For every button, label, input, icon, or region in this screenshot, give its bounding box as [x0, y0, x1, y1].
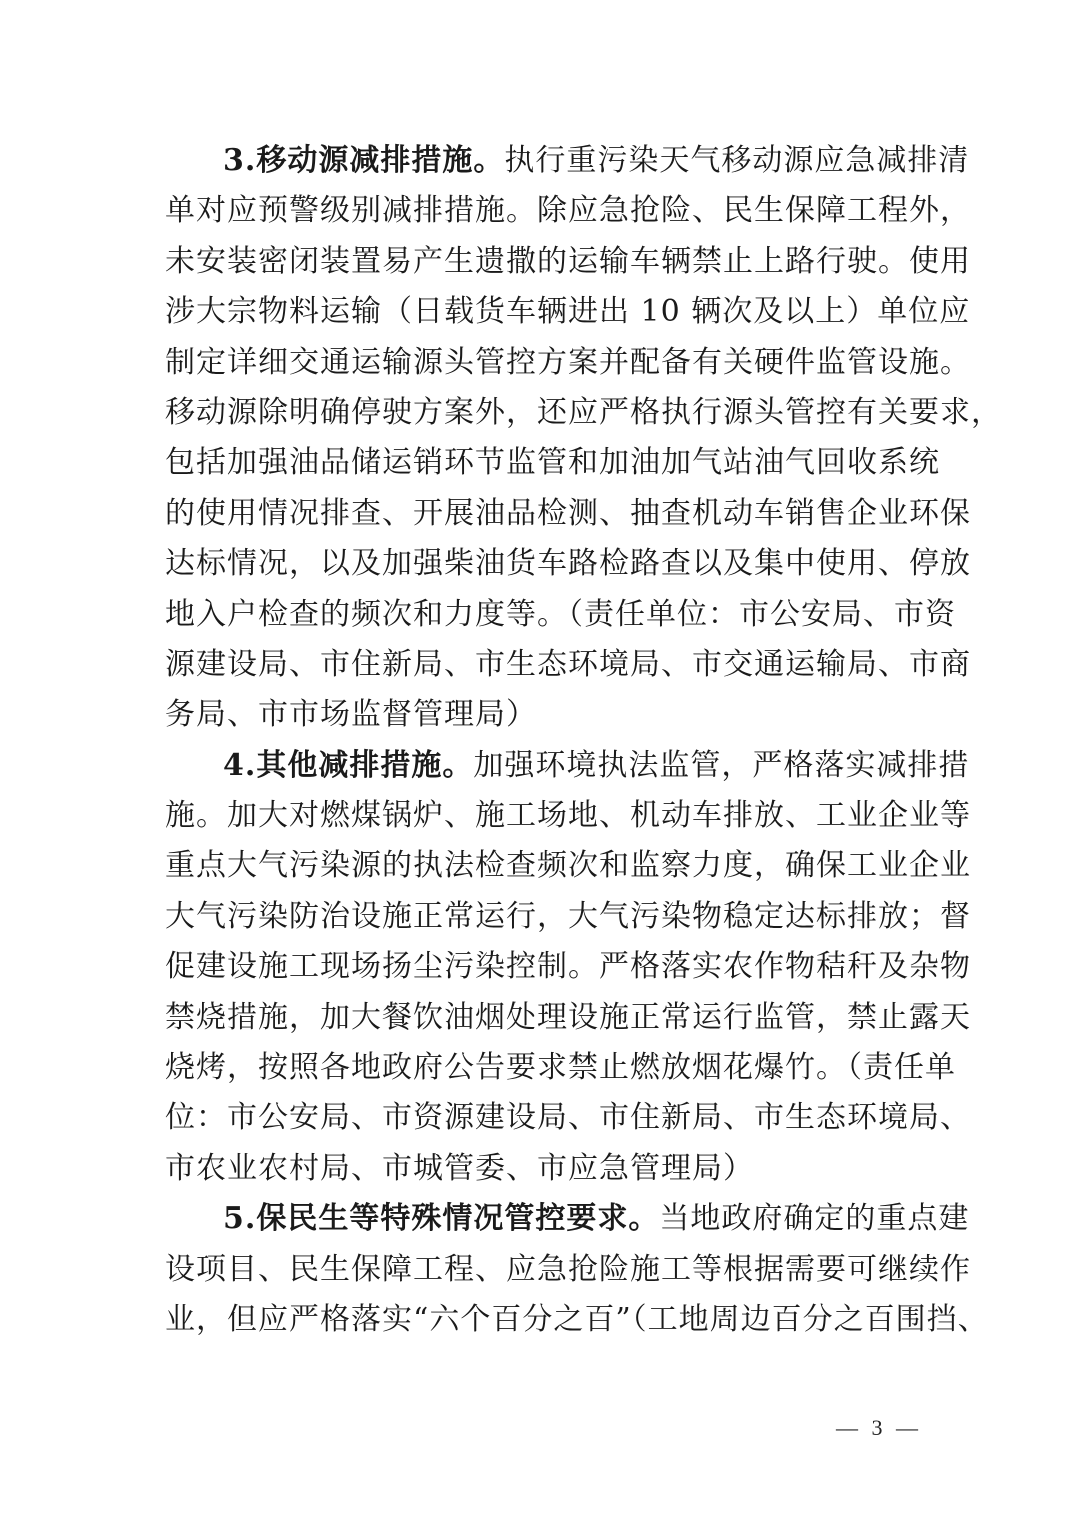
paragraph-line: 大气污染防治设施正常运行，大气污染物稳定达标排放；督	[165, 892, 910, 942]
paragraph-line: 达标情况，以及加强柴油货车路检路查以及集中使用、停放	[165, 539, 910, 589]
paragraph-line: 的使用情况排查、开展油品检测、抽查机动车销售企业环保	[165, 489, 910, 539]
paragraph-line: 未安装密闭装置易产生遗撒的运输车辆禁止上路行驶。使用	[165, 237, 910, 287]
paragraph-line: 促建设施工现场扬尘污染控制。严格落实农作物秸秆及杂物	[165, 942, 910, 992]
paragraph-line: 设项目、民生保障工程、应急抢险施工等根据需要可继续作	[165, 1245, 910, 1295]
paragraph-line: 施。加大对燃煤锅炉、施工场地、机动车排放、工业企业等	[165, 791, 910, 841]
paragraph-line: 涉大宗物料运输（日载货车辆进出 10 辆次及以上）单位应	[165, 287, 910, 337]
text-span: 执行重污染天气移动源应急减排清	[504, 143, 969, 178]
paragraph-line: 位：市公安局、市资源建设局、市住新局、市生态环境局、	[165, 1093, 910, 1143]
paragraph-3-line-1: 3.移动源减排措施。执行重污染天气移动源应急减排清	[165, 136, 910, 186]
paragraph-line: 包括加强油品储运销环节监管和加油加气站油气回收系统	[165, 438, 910, 488]
paragraph-line: 业，但应严格落实“六个百分之百”（工地周边百分之百围挡、	[165, 1295, 910, 1345]
section-heading-4: 4.其他减排措施。	[223, 748, 473, 783]
page-number: — 3 —	[836, 1415, 922, 1441]
paragraph-line: 移动源除明确停驶方案外，还应严格执行源头管控有关要求，	[165, 388, 910, 438]
document-body: 3.移动源减排措施。执行重污染天气移动源应急减排清 单对应预警级别减排措施。除应…	[165, 136, 910, 1345]
paragraph-5-line-1: 5.保民生等特殊情况管控要求。当地政府确定的重点建	[165, 1194, 910, 1244]
section-heading-3: 3.移动源减排措施。	[223, 143, 504, 178]
paragraph-line: 单对应预警级别减排措施。除应急抢险、民生保障工程外，	[165, 186, 910, 236]
paragraph-line: 市农业农村局、市城管委、市应急管理局）	[165, 1144, 910, 1194]
paragraph-line: 重点大气污染源的执法检查频次和监察力度，确保工业企业	[165, 841, 910, 891]
paragraph-line: 制定详细交通运输源头管控方案并配备有关硬件监管设施。	[165, 338, 910, 388]
text-span: 当地政府确定的重点建	[659, 1201, 969, 1236]
paragraph-line: 禁烧措施，加大餐饮油烟处理设施正常运行监管，禁止露天	[165, 993, 910, 1043]
text-span: 加强环境执法监管，严格落实减排措	[473, 748, 969, 783]
paragraph-4-line-1: 4.其他减排措施。加强环境执法监管，严格落实减排措	[165, 741, 910, 791]
paragraph-line: 地入户检查的频次和力度等。（责任单位：市公安局、市资	[165, 590, 910, 640]
paragraph-line: 务局、市市场监督管理局）	[165, 690, 910, 740]
paragraph-line: 烧烤，按照各地政府公告要求禁止燃放烟花爆竹。（责任单	[165, 1043, 910, 1093]
document-page: 3.移动源减排措施。执行重污染天气移动源应急减排清 单对应预警级别减排措施。除应…	[0, 0, 1074, 1520]
section-heading-5: 5.保民生等特殊情况管控要求。	[223, 1201, 659, 1236]
paragraph-line: 源建设局、市住新局、市生态环境局、市交通运输局、市商	[165, 640, 910, 690]
